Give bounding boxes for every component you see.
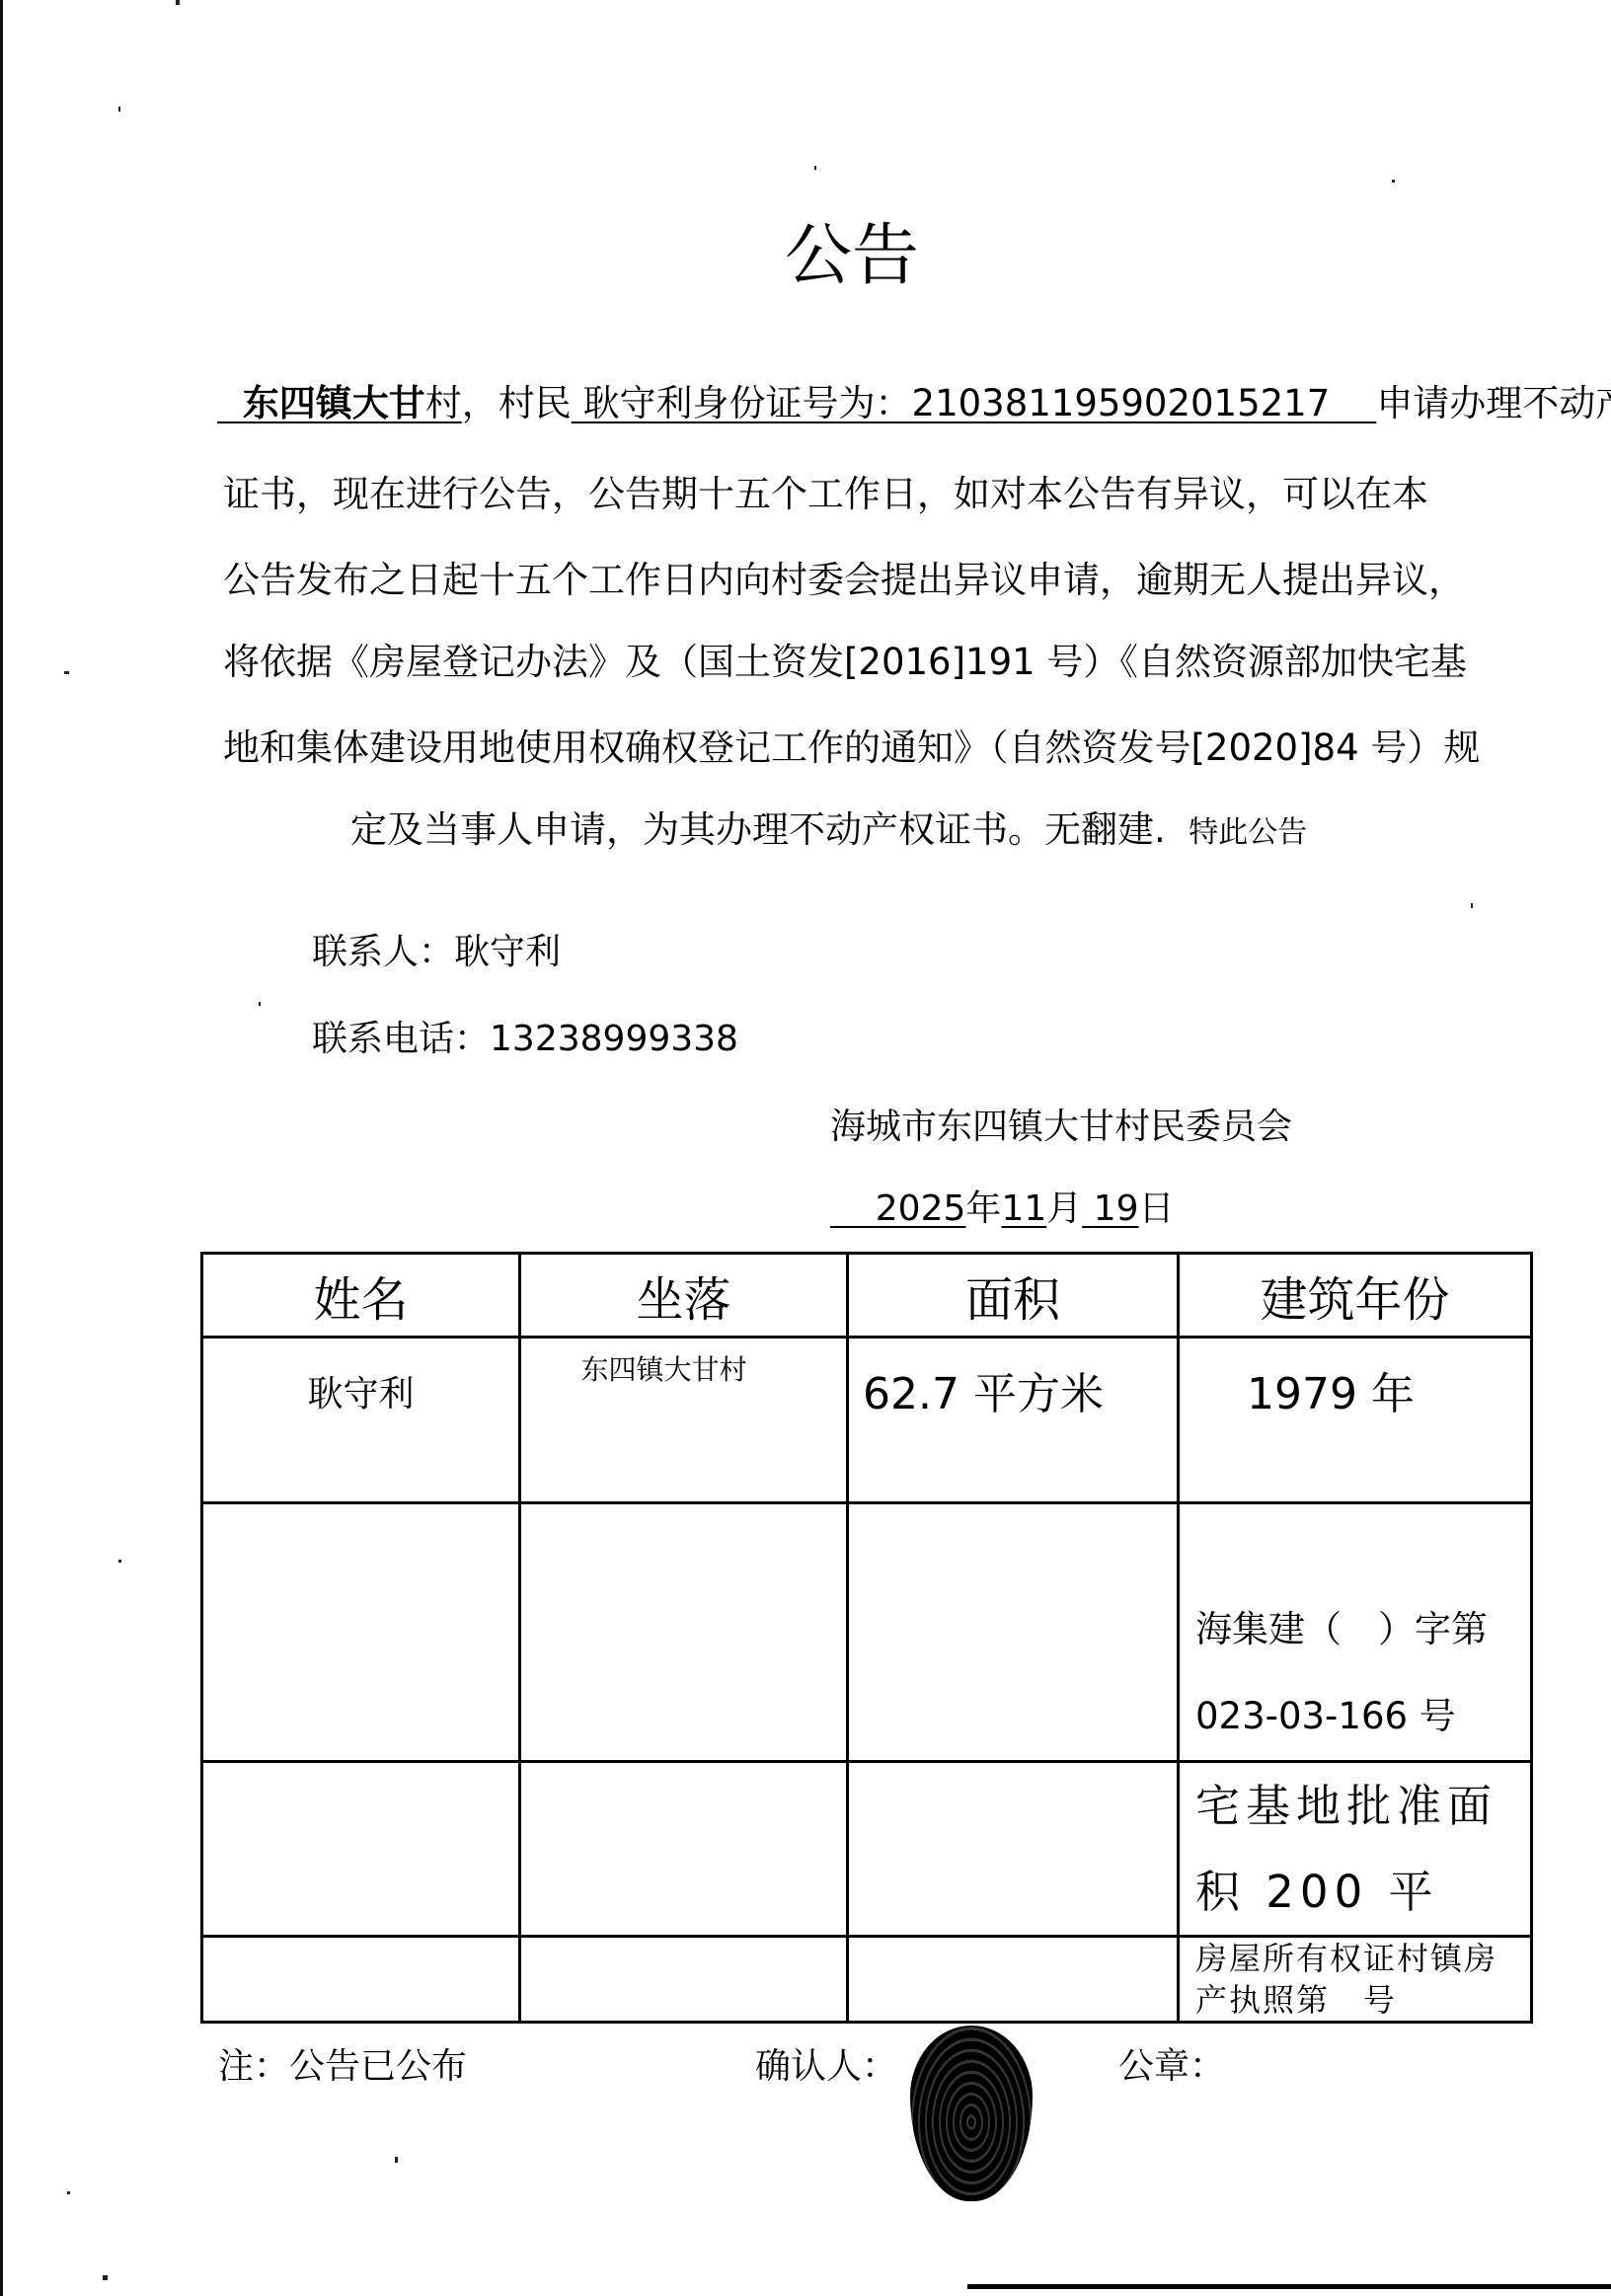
notice-line-2: 证书，现在进行公告，公告期十五个工作日，如对本公告有异议，可以在本 [223,476,1496,512]
note-line: 宅基地批准面 [1195,1763,1530,1849]
contact-person-label: 联系人： [312,932,454,972]
date-year-unit: 年 [965,1188,1001,1229]
scan-speck [103,2275,108,2280]
notice-line-5: 地和集体建设用地使用权确权登记工作的通知》（自然资发号[2020]84 号）规 [223,729,1496,766]
cell-approved-area: 宅基地批准面 积 200 平 [1179,1762,1532,1937]
official-seal-label: 公章： [1118,2049,1225,2085]
date-day-unit: 日 [1139,1188,1175,1229]
cell-area: 62.7 平方米 [848,1338,1179,1503]
table-row: 耿守利 东四镇大甘村 62.7 平方米 1979 年 [202,1338,1532,1503]
cell-empty [520,1762,848,1937]
table-row: 宅基地批准面 积 200 平 [202,1762,1532,1937]
cell-empty [202,1762,520,1937]
date-day: 19 [1082,1188,1138,1229]
date-month-unit: 月 [1046,1188,1082,1229]
date-month: 11 [1001,1188,1046,1229]
issuing-organization: 海城市东四镇大甘村民委员会 [830,1110,1292,1145]
contact-phone-label: 联系电话： [312,1019,490,1059]
scan-speck [1471,903,1473,908]
cell-empty [520,1937,848,2023]
contact-person: 联系人：耿守利 [312,935,561,970]
cell-empty [202,1503,520,1762]
contact-phone: 联系电话：13238999338 [312,1022,738,1057]
header-location: 坐落 [520,1254,848,1338]
scan-speck [814,166,816,170]
note-line: 海集建（ ）字第 [1195,1586,1530,1673]
village-name: 东四镇大甘 [217,382,425,424]
notice-line-1: 东四镇大甘村，村民 耿守利身份证号为：210381195902015217 申请… [217,385,1491,421]
note-line: 房屋所有权证村镇房 [1195,1938,1530,1979]
cell-empty [848,1503,1179,1762]
property-table: 姓名 坐落 面积 建筑年份 耿守利 东四镇大甘村 62.7 平方米 1979 年… [200,1252,1533,2024]
applicant-id: 耿守利身份证号为：210381195902015217 [572,382,1377,424]
header-name: 姓名 [202,1254,520,1338]
notice-line-6-text: 定及当事人申请，为其办理不动产权证书。无翻建. [350,808,1166,851]
scan-speck [64,671,69,674]
footer-note: 注：公告已公布 [218,2049,467,2085]
village-suffix: 村 [425,382,462,424]
cell-collective-construction-no: 海集建（ ）字第 023-03-166 号 [1179,1503,1532,1762]
apply-text: 申请办理不动产权 [1376,382,1611,424]
contact-phone-value: 13238999338 [490,1019,738,1059]
cell-location: 东四镇大甘村 [520,1338,848,1503]
table-header-row: 姓名 坐落 面积 建筑年份 [202,1254,1532,1338]
notice-line-6: 定及当事人申请，为其办理不动产权证书。无翻建. 特此公告 [350,811,1611,848]
page-title: 公告 [785,223,919,290]
notice-closing: 特此公告 [1189,815,1307,850]
confirmer-label: 确认人： [755,2049,897,2085]
scan-speck [395,2157,398,2163]
cell-empty [202,1937,520,2023]
table-row: 房屋所有权证村镇房 产执照第 号 [202,1937,1532,2023]
scan-speck [176,0,180,5]
bottom-rule [967,2284,1611,2289]
cell-empty [848,1937,1179,2023]
scan-speck [259,1002,261,1006]
table-row: 海集建（ ）字第 023-03-166 号 [202,1503,1532,1762]
cell-empty [848,1762,1179,1937]
date-year: 2025 [830,1188,965,1229]
cell-empty [520,1503,848,1762]
scan-speck [1392,180,1395,183]
fingerprint-seal [910,2026,1033,2201]
resident-label: ，村民 [462,382,572,424]
note-line: 积 200 平 [1195,1849,1530,1935]
header-area: 面积 [848,1254,1179,1338]
note-line: 023-03-166 号 [1195,1673,1530,1760]
cell-ownership-cert: 房屋所有权证村镇房 产执照第 号 [1179,1937,1532,2023]
cell-name: 耿守利 [202,1338,520,1503]
scan-speck [118,107,120,112]
issue-date: 2025年11月 19日 [830,1191,1175,1227]
scan-speck [67,2191,70,2194]
header-build-year: 建筑年份 [1179,1254,1532,1338]
note-line: 产执照第 号 [1195,1979,1530,2021]
notice-line-3: 公告发布之日起十五个工作日内向村委会提出异议申请，逾期无人提出异议， [223,562,1496,598]
scan-left-edge [0,0,3,2296]
notice-line-4: 将依据《房屋登记办法》及（国土资发[2016]191 号）《自然资源部加快宅基 [223,644,1496,680]
contact-person-value: 耿守利 [454,932,561,972]
cell-build-year: 1979 年 [1179,1338,1532,1503]
scan-speck [118,1560,121,1563]
